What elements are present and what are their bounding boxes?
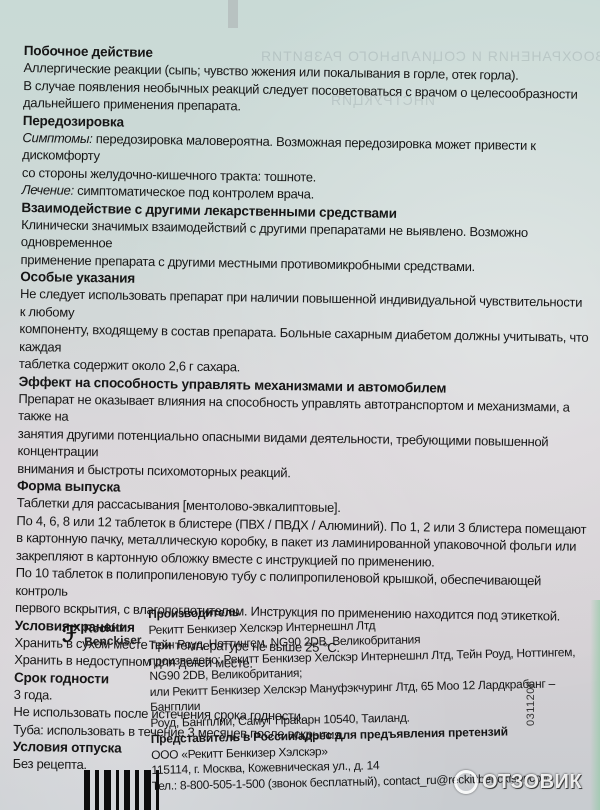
- leaflet-section: Эффект на способность управлять механизм…: [17, 373, 589, 485]
- leaflet-section: Побочное действиеАллергические реакции (…: [23, 43, 594, 120]
- otzovik-logo-icon: [454, 770, 478, 794]
- reckitt-benckiser-logo: ℱ Reckitt Benckiser: [61, 616, 152, 655]
- barcode: [84, 770, 159, 810]
- leaflet-photo: МИНИСТЕРСТВО ЗДРАВООХРАНЕНИЯ И СОЦИАЛЬНО…: [0, 0, 600, 810]
- watermark-text: ОТЗОВИК: [482, 771, 582, 794]
- print-code: 0311208: [525, 680, 537, 726]
- leaflet-section: Взаимодействие с другими лекарственными …: [20, 199, 591, 276]
- paper-fold-mark: [228, 0, 238, 28]
- otzovik-watermark: ОТЗОВИК: [454, 770, 582, 794]
- leaflet-section: ПередозировкаСимптомы: передозировка мал…: [22, 112, 593, 207]
- logo-line-2: Benckiser: [84, 634, 142, 649]
- leaflet-section: Особые указанияНе следует использовать п…: [19, 269, 591, 381]
- rb-logo-icon: ℱ: [61, 621, 79, 648]
